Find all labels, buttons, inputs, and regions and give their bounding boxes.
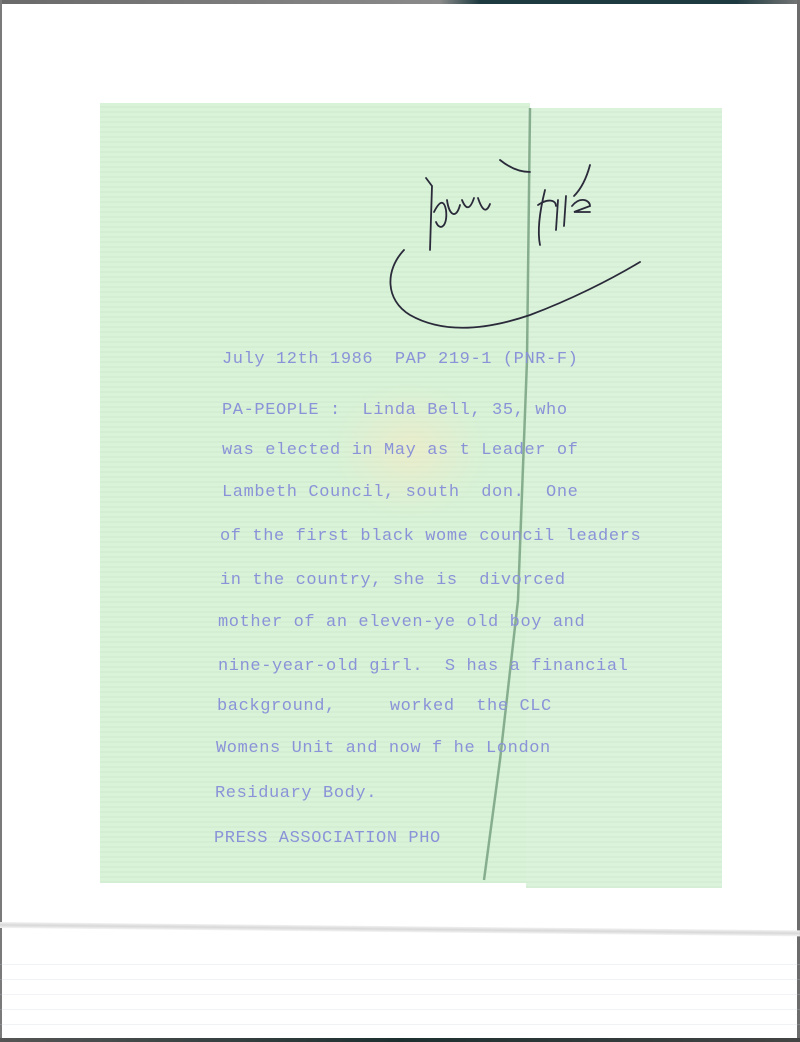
caption-line-credit: PRESS ASSOCIATION PHO: [214, 829, 441, 848]
scan-bottom-edge: [0, 1038, 800, 1042]
backing-faint-lines: [0, 950, 800, 1035]
caption-line-8: nine-year-old girl. S has a financial: [218, 657, 628, 676]
scan-left-edge: [0, 0, 2, 1042]
caption-line-dateline: July 12th 1986 PAP 219-1 (PNR-F): [222, 350, 578, 369]
scan-top-edge: [0, 0, 800, 4]
caption-line-6: in the country, she is divorced: [220, 571, 566, 590]
caption-line-3: was elected in May as t Leader of: [222, 441, 578, 460]
caption-line-7: mother of an eleven-ye old boy and: [218, 613, 585, 632]
caption-line-10: Womens Unit and now f he London: [216, 739, 551, 758]
caption-line-9: background, worked the CLC: [217, 697, 552, 716]
caption-line-4: Lambeth Council, south don. One: [222, 483, 578, 502]
caption-line-11: Residuary Body.: [215, 784, 377, 803]
caption-line-5: of the first black wome council leaders: [220, 527, 641, 546]
caption-line-2: PA-PEOPLE : Linda Bell, 35, who: [222, 401, 568, 420]
backing-fold-line: [0, 922, 800, 936]
